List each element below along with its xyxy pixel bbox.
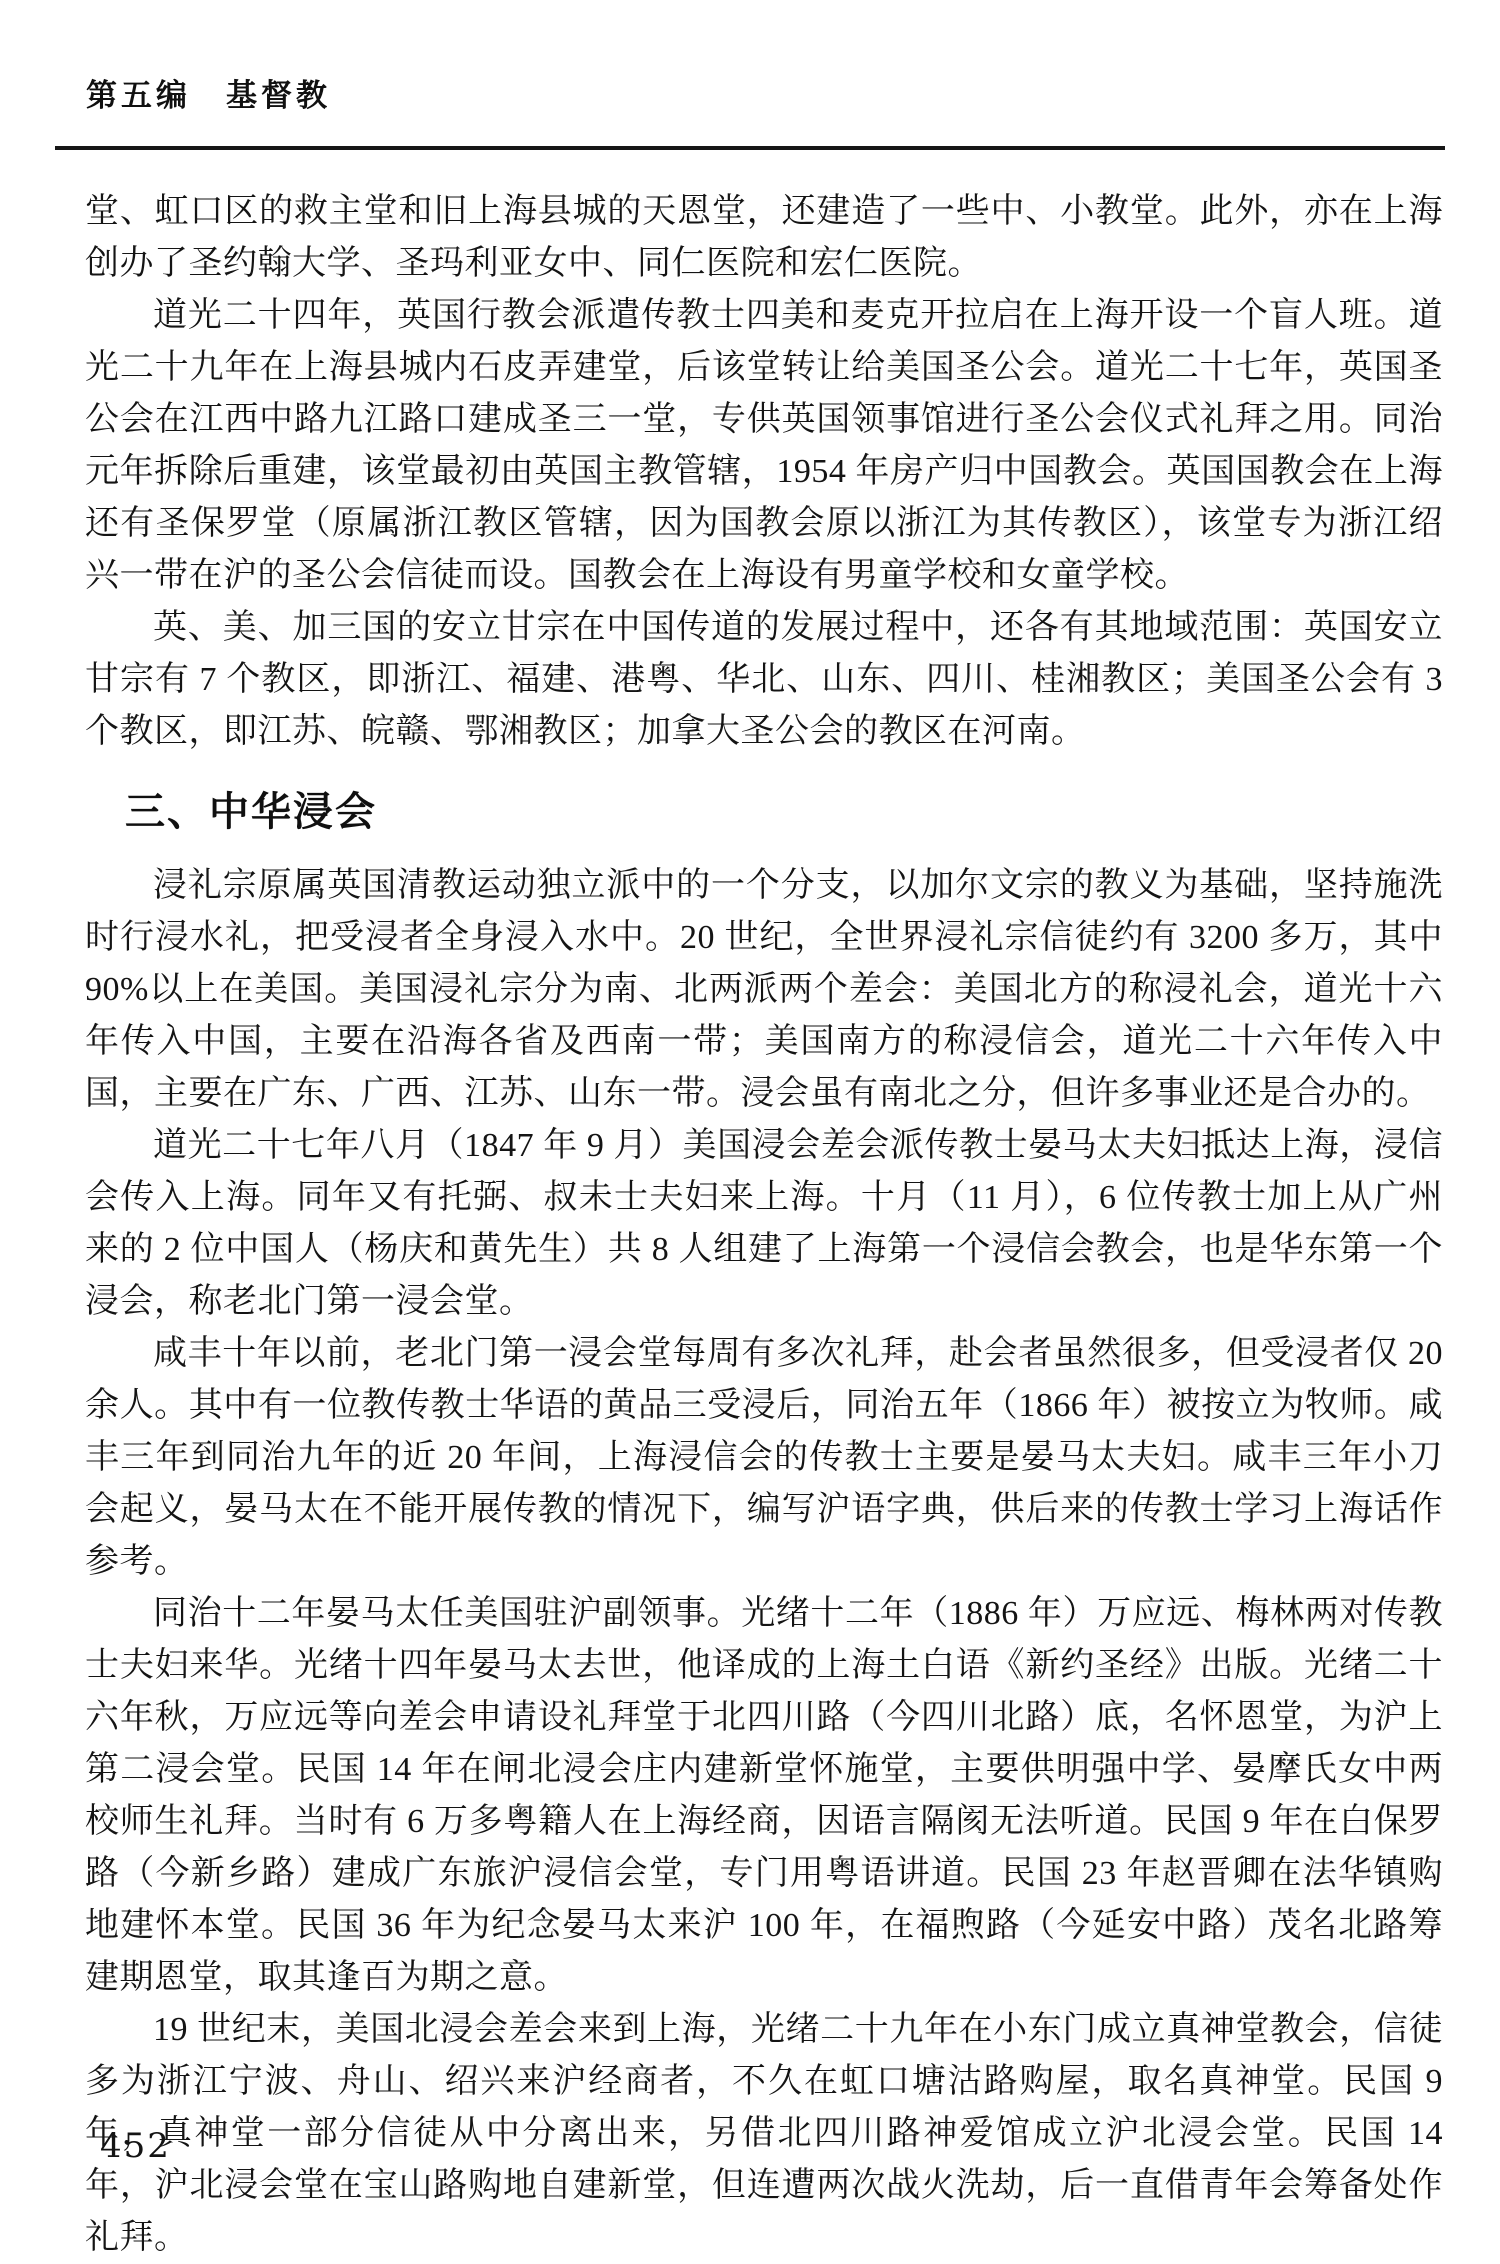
paragraph: 浸礼宗原属英国清教运动独立派中的一个分支，以加尔文宗的教义为基础，坚持施洗时行浸… [85, 860, 1443, 1120]
paragraph-continuation: 堂、虹口区的救主堂和旧上海县城的天恩堂，还建造了一些中、小教堂。此外，亦在上海创… [85, 186, 1443, 290]
running-header: 第五编 基督教 [86, 70, 331, 115]
running-header-label: 第五编 基督教 [86, 78, 331, 113]
paragraph: 道光二十四年，英国行教会派遣传教士四美和麦克开拉启在上海开设一个盲人班。道光二十… [85, 290, 1443, 602]
page-number: 452 [100, 2126, 171, 2166]
paragraph: 英、美、加三国的安立甘宗在中国传道的发展过程中，还各有其地域范围：英国安立甘宗有… [85, 602, 1443, 758]
section-heading: 三、中华浸会 [85, 788, 1443, 836]
book-page: 第五编 基督教 堂、虹口区的救主堂和旧上海县城的天恩堂，还建造了一些中、小教堂。… [0, 0, 1500, 2264]
paragraph: 同治十二年晏马太任美国驻沪副领事。光绪十二年（1886 年）万应远、梅林两对传教… [85, 1588, 1443, 2004]
paragraph: 19 世纪末，美国北浸会差会来到上海，光绪二十九年在小东门成立真神堂教会，信徒多… [85, 2004, 1443, 2264]
page-body: 堂、虹口区的救主堂和旧上海县城的天恩堂，还建造了一些中、小教堂。此外，亦在上海创… [85, 186, 1443, 2264]
paragraph: 道光二十七年八月（1847 年 9 月）美国浸会差会派传教士晏马太夫妇抵达上海，… [85, 1120, 1443, 1328]
header-divider [55, 146, 1445, 150]
paragraph: 咸丰十年以前，老北门第一浸会堂每周有多次礼拜，赴会者虽然很多，但受浸者仅 20 … [85, 1328, 1443, 1588]
